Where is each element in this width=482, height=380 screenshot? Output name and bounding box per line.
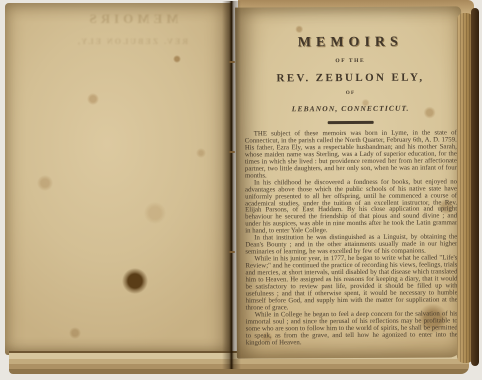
place-line: LEBANON, CONNECTICUT. — [245, 103, 457, 113]
paragraph-5: While in College he began to feel a deep… — [246, 311, 458, 347]
book-title: MEMOIRS — [244, 34, 456, 51]
book-photograph: MEMOIRS REV. ZEBULON ELY, MEMOIRS OF THE… — [0, 0, 482, 380]
paragraph-2: In his childhood he discovered a fondnes… — [245, 179, 457, 236]
of-line: OF — [245, 90, 457, 96]
divider-rule — [328, 121, 374, 124]
author-name: REV. ZEBULON ELY, — [244, 71, 456, 84]
right-page: MEMOIRS OF THE REV. ZEBULON ELY, OF LEBA… — [235, 6, 463, 358]
of-the-line: OF THE — [244, 57, 456, 64]
left-page: MEMOIRS REV. ZEBULON ELY, — [5, 3, 232, 355]
binding-stitch — [229, 251, 235, 253]
paragraph-4: While in his junior year, in 1777, he be… — [245, 256, 457, 313]
showthrough-author-text: REV. ZEBULON ELY, — [67, 37, 197, 46]
book-gutter — [222, 1, 241, 369]
binding-stitch — [229, 151, 235, 153]
book-cover-edge — [471, 8, 479, 366]
binding-stitch — [229, 61, 235, 63]
showthrough-title-text: MEMOIRS — [47, 11, 217, 27]
title-page-content: MEMOIRS OF THE REV. ZEBULON ELY, OF LEBA… — [244, 34, 458, 347]
stains-and-foxing-left — [5, 3, 232, 355]
paragraph-1: THE subject of these memoirs was born in… — [245, 130, 457, 180]
paragraph-3: In that institution he was distinguished… — [245, 235, 457, 257]
memoir-body-text: THE subject of these memoirs was born in… — [245, 130, 458, 347]
